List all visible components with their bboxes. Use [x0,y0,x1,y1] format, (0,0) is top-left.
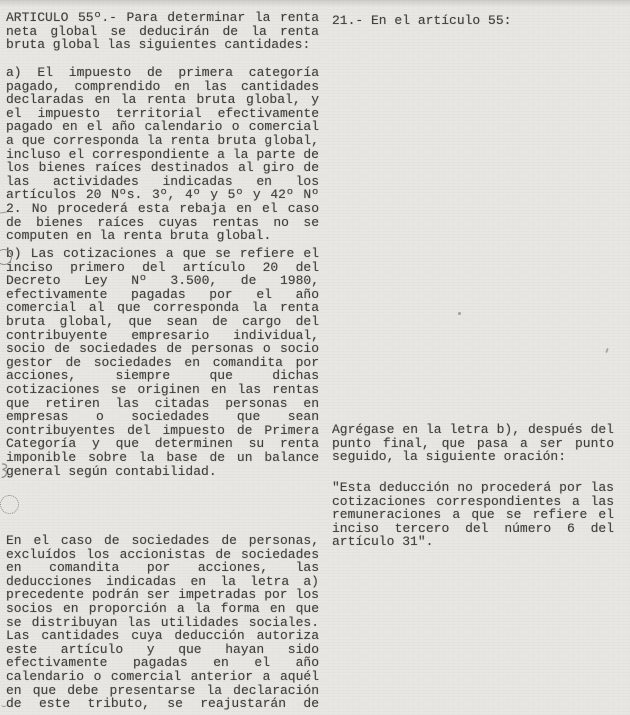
text-line: calendario o comercial anterior a aquél [6,670,319,684]
paragraph-letra-b: b) Las cotizaciones a que se refiere eli… [6,247,319,478]
text-line: deducciones indicadas en la letra a) [6,575,319,589]
text-line: Categoría y que determinen su renta [6,437,319,451]
text-line: a que corresponda la renta bruta global, [6,134,319,148]
text-line: Decreto Ley Nº 3.500, de 1980, [6,274,319,288]
text-line: general según contabilidad. [6,465,319,479]
text-line: este artículo y que hayan sido [6,643,319,657]
text-line: excluídos los accionistas de sociedades [6,548,319,562]
text-line: bruta global, que sean de cargo del [6,315,319,329]
text-line: artículo 31". [332,535,614,549]
stippled-ring-mark [0,495,19,514]
text-line: socios en proporción a la forma en que [6,602,319,616]
text-line: pagado en el año calendario o comercial [6,120,319,134]
text-line: precedente podrán ser impetradas por los [6,588,319,602]
text-line: 2. No procederá esta rebaja en el caso [6,202,319,216]
text-line: artículos 20 Nºs. 3º, 4º y 5º y 42º Nº [6,188,319,202]
text-line: pagado, comprendido en las cantidades [6,80,319,94]
paragraph-instruccion-agregase: Agrégase en la letra b), después delpunt… [332,423,614,464]
text-line: las actividades indicadas en los [6,175,319,189]
document-page: { "page": { "background": "#e7e6e2", "in… [0,0,630,715]
text-line: "Esta deducción no procederá por las [332,481,614,495]
paragraph-letra-a: a) El impuesto de primera categoríapagad… [6,66,319,243]
amendment-item-heading: 21.- En el artículo 55: [332,14,614,28]
text-line: los bienes raíces destinados al giro de [6,161,319,175]
text-line: socio de sociedades de personas o socio [6,342,319,356]
text-line: Agrégase en la letra b), después del [332,423,614,437]
text-line: el impuesto territorial efectivamente [6,107,319,121]
text-line: que retiren las citadas personas en [6,397,319,411]
text-line: computen en la renta bruta global. [6,229,319,243]
paragraph-articulo-55-intro: ARTICULO 55º.- Para determinar la rentan… [6,11,319,52]
text-line: efectivamente pagadas por el año [6,288,319,302]
paragraph-sociedades-de-personas: En el caso de sociedades de personas,exc… [6,534,319,711]
text-line: remuneraciones a que se refiere el [332,508,614,522]
text-line: cotizaciones se originen en las rentas [6,383,319,397]
text-line: inciso primero del artículo 20 del [6,261,319,275]
text-line: En el caso de sociedades de personas, [6,534,319,548]
paragraph-oracion-agregada: "Esta deducción no procederá por lascoti… [332,481,614,549]
text-line: gestor de sociedades en comandita por [6,356,319,370]
text-line: inciso tercero del número 6 del [332,522,614,536]
text-line: ARTICULO 55º.- Para determinar la renta [6,11,319,25]
text-line: empresas o sociedades que sean [6,410,319,424]
text-line: de bienes raíces cuyas rentas no se [6,216,319,230]
text-line: bruta global las siguientes cantidades: [6,38,319,52]
text-line: seguido, la siguiente oración: [332,450,614,464]
text-line: efectivamente pagadas en el año [6,656,319,670]
text-line: incluso el correspondiente a la parte de [6,148,319,162]
text-line: comercial al que corresponda la renta [6,301,319,315]
text-line: en que debe presentarse la declaración [6,684,319,698]
paper-speck-mark [605,348,609,353]
scan-top-shadow [0,0,630,7]
text-line: contribuyentes del impuesto de Primera [6,424,319,438]
text-line: cotizaciones correspondientes a las [332,495,614,509]
text-line: se distribuyan las utilidades sociales. [6,616,319,630]
paper-speck-mark [458,312,461,315]
text-line: Las cantidades cuya deducción autoriza [6,629,319,643]
text-line: imponible sobre la base de un balance [6,451,319,465]
text-line: neta global se deducirán de la renta [6,25,319,39]
text-line: declaradas en la renta bruta global, y [6,93,319,107]
text-line: a) El impuesto de primera categoría [6,66,319,80]
text-line: de este tributo, se reajustarán de [6,697,319,711]
text-line: acciones, siempre que dichas [6,369,319,383]
text-line: en comandita por acciones, las [6,561,319,575]
text-line: punto final, que pasa a ser punto [332,437,614,451]
text-line: b) Las cotizaciones a que se refiere el [6,247,319,261]
text-line: contribuyente empresario individual, [6,329,319,343]
